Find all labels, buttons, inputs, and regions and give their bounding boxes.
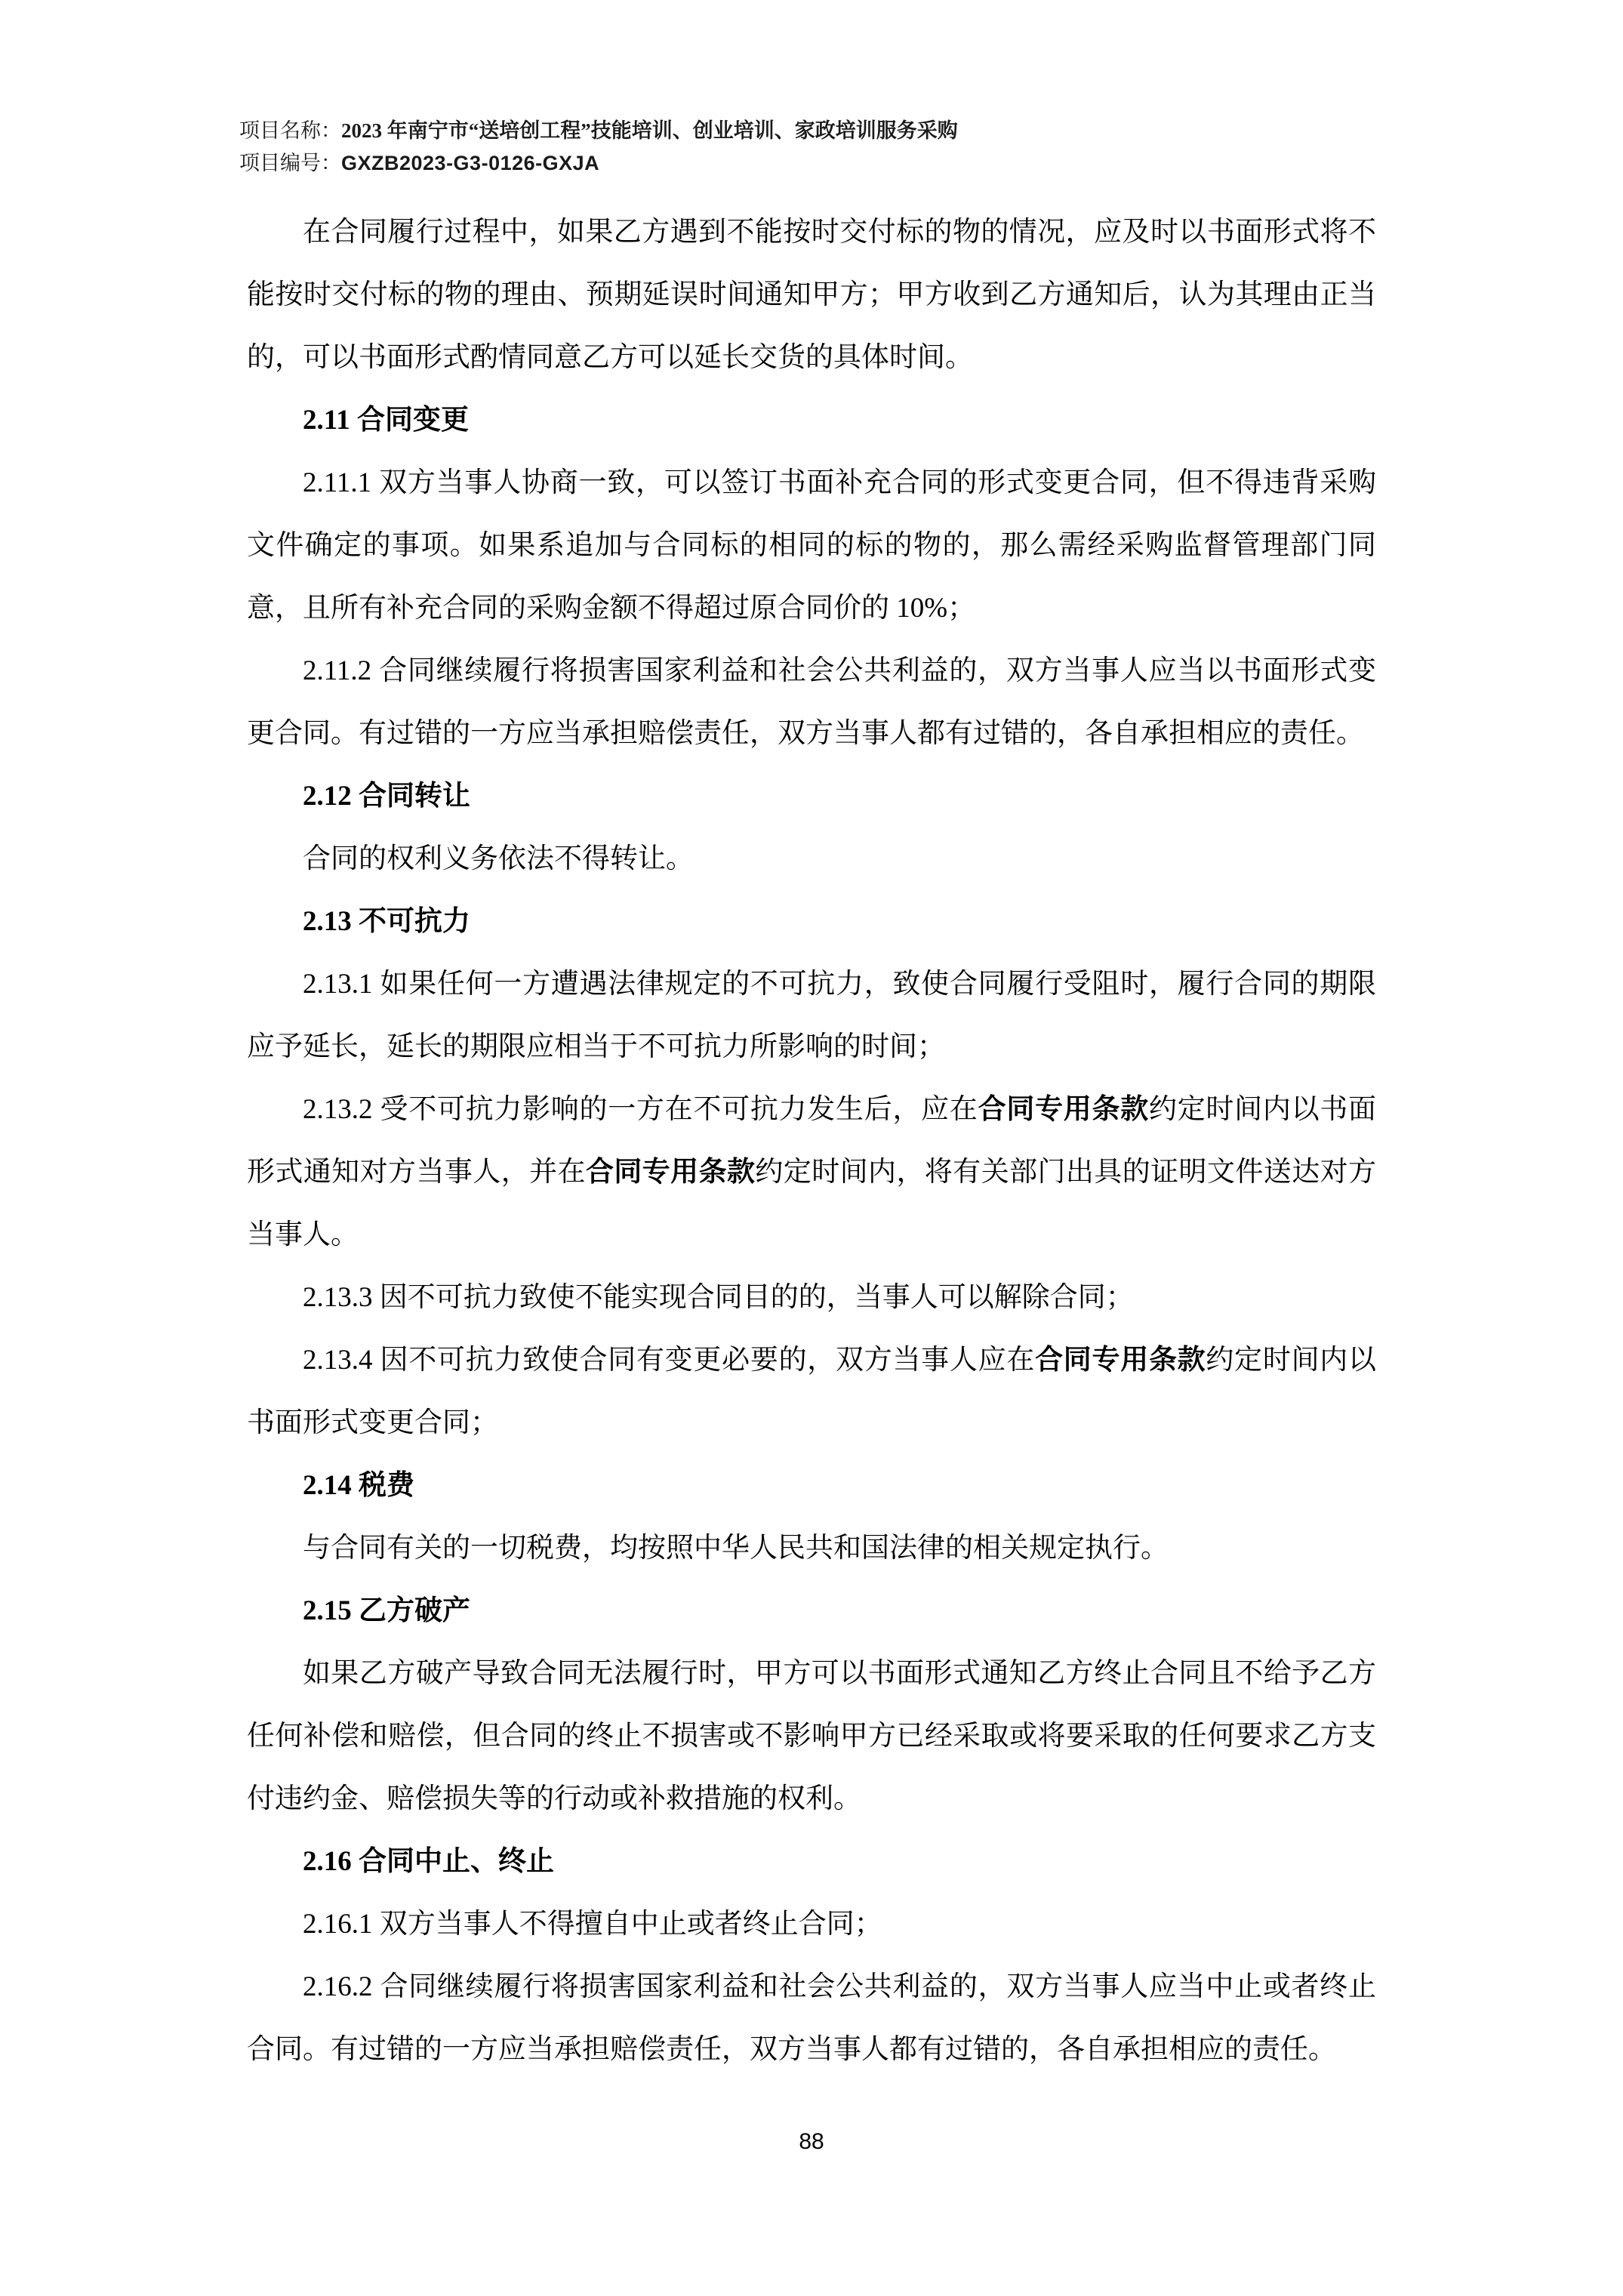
text-run: 2.11.2 合同继续履行将损害国家利益和社会公共利益的，双方当事人应当以书面形… — [247, 655, 1376, 749]
project-code-line: 项目编号：GXZB2023-G3-0126-GXJA — [239, 147, 1387, 180]
bold-text-run: 2.14 税费 — [303, 1470, 414, 1501]
text-run: 2.11.1 双方当事人协商一致，可以签订书面补充合同的形式变更合同，但不得违背… — [247, 467, 1376, 624]
section-heading: 2.12 合同转让 — [247, 765, 1376, 827]
section-heading: 2.14 税费 — [247, 1454, 1376, 1517]
text-run: 2.13.1 如果任何一方遭遇法律规定的不可抗力，致使合同履行受阻时，履行合同的… — [247, 969, 1376, 1062]
paragraph: 2.13.2 受不可抗力影响的一方在不可抗力发生后，应在合同专用条款约定时间内以… — [247, 1078, 1376, 1266]
paragraph: 与合同有关的一切税费，均按照中华人民共和国法律的相关规定执行。 — [247, 1517, 1376, 1579]
document-page: 项目名称：2023 年南宁市“送培创工程”技能培训、创业培训、家政培训服务采购 … — [0, 0, 1623, 2296]
text-run: 如果乙方破产导致合同无法履行时，甲方可以书面形式通知乙方终止合同且不给予乙方任何… — [247, 1658, 1376, 1814]
document-body: 在合同履行过程中，如果乙方遇到不能按时交付标的物的情况，应及时以书面形式将不能按… — [247, 201, 1376, 2081]
text-run: 在合同履行过程中，如果乙方遇到不能按时交付标的物的情况，应及时以书面形式将不能按… — [247, 217, 1376, 373]
paragraph: 如果乙方破产导致合同无法履行时，甲方可以书面形式通知乙方终止合同且不给予乙方任何… — [247, 1642, 1376, 1830]
paragraph: 2.16.1 双方当事人不得擅自中止或者终止合同； — [247, 1893, 1376, 1955]
bold-text-run: 2.16 合同中止、终止 — [303, 1846, 554, 1877]
text-run: 2.16.1 双方当事人不得擅自中止或者终止合同； — [303, 1909, 882, 1940]
project-name-line: 项目名称：2023 年南宁市“送培创工程”技能培训、创业培训、家政培训服务采购 — [239, 115, 1387, 147]
project-code-label: 项目编号： — [239, 152, 341, 174]
text-run: 2.13.3 因不可抗力致使不能实现合同目的的，当事人可以解除合同； — [303, 1282, 1134, 1313]
project-name-label: 项目名称： — [239, 119, 341, 142]
paragraph: 合同的权利义务依法不得转让。 — [247, 827, 1376, 890]
text-run: 2.13.4 因不可抗力致使合同有变更必要的，双方当事人应在 — [303, 1345, 1035, 1376]
text-run: 2.16.2 合同继续履行将损害国家利益和社会公共利益的，双方当事人应当中止或者… — [247, 1971, 1376, 2065]
bold-text-run: 2.12 合同转让 — [303, 781, 470, 812]
paragraph: 在合同履行过程中，如果乙方遇到不能按时交付标的物的情况，应及时以书面形式将不能按… — [247, 201, 1376, 389]
bold-text-run: 2.13 不可抗力 — [303, 906, 470, 937]
bold-text-run: 2.15 乙方破产 — [303, 1595, 470, 1626]
section-heading: 2.13 不可抗力 — [247, 890, 1376, 953]
paragraph: 2.13.3 因不可抗力致使不能实现合同目的的，当事人可以解除合同； — [247, 1266, 1376, 1329]
section-heading: 2.16 合同中止、终止 — [247, 1830, 1376, 1893]
paragraph: 2.16.2 合同继续履行将损害国家利益和社会公共利益的，双方当事人应当中止或者… — [247, 1955, 1376, 2081]
bold-text-run: 合同专用条款 — [1035, 1345, 1206, 1376]
bold-text-run: 2.11 合同变更 — [303, 405, 469, 436]
paragraph: 2.13.1 如果任何一方遭遇法律规定的不可抗力，致使合同履行受阻时，履行合同的… — [247, 953, 1376, 1078]
project-name-value: 2023 年南宁市“送培创工程”技能培训、创业培训、家政培训服务采购 — [341, 119, 958, 142]
project-code-value: GXZB2023-G3-0126-GXJA — [341, 152, 599, 174]
paragraph: 2.13.4 因不可抗力致使合同有变更必要的，双方当事人应在合同专用条款约定时间… — [247, 1329, 1376, 1454]
text-run: 2.13.2 受不可抗力影响的一方在不可抗力发生后，应在 — [303, 1094, 978, 1125]
text-run: 与合同有关的一切税费，均按照中华人民共和国法律的相关规定执行。 — [303, 1533, 1169, 1564]
paragraph: 2.11.1 双方当事人协商一致，可以签订书面补充合同的形式变更合同，但不得违背… — [247, 451, 1376, 639]
bold-text-run: 合同专用条款 — [978, 1094, 1149, 1125]
section-heading: 2.15 乙方破产 — [247, 1579, 1376, 1642]
document-footer: 88 — [0, 2129, 1623, 2155]
bold-text-run: 合同专用条款 — [586, 1157, 755, 1188]
section-heading: 2.11 合同变更 — [247, 389, 1376, 451]
page-number: 88 — [799, 2129, 824, 2154]
document-header: 项目名称：2023 年南宁市“送培创工程”技能培训、创业培训、家政培训服务采购 … — [239, 115, 1387, 180]
paragraph: 2.11.2 合同继续履行将损害国家利益和社会公共利益的，双方当事人应当以书面形… — [247, 639, 1376, 765]
text-run: 合同的权利义务依法不得转让。 — [303, 843, 694, 874]
